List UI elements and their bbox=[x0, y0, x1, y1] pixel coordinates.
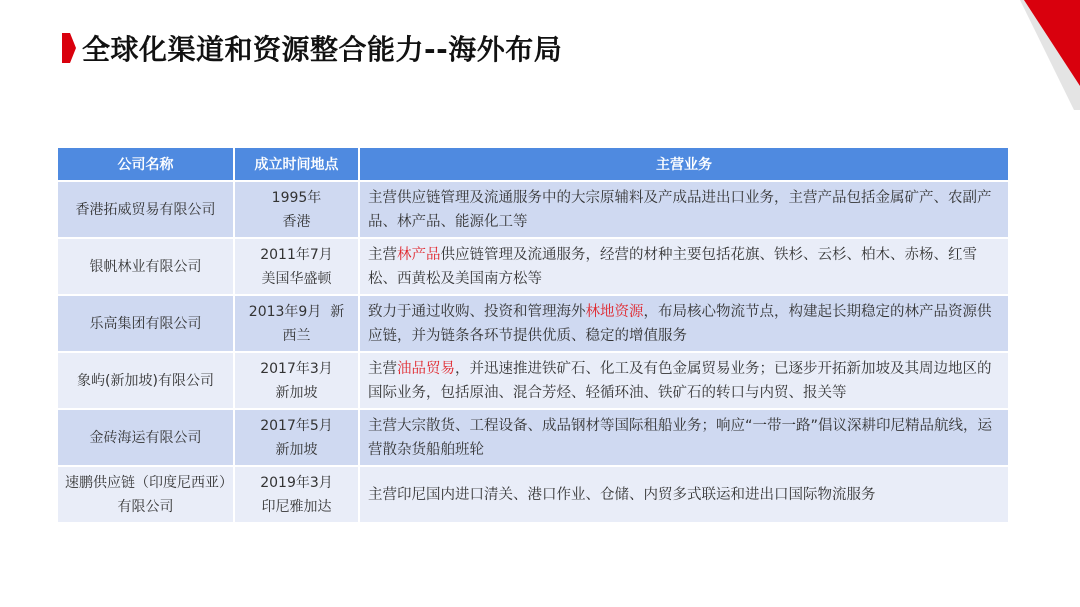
table-row: 金砖海运有限公司 2017年5月 新加坡 主营大宗散货、工程设备、成品钢材等国际… bbox=[58, 408, 1008, 465]
main-business: 主营大宗散货、工程设备、成品钢材等国际租船业务；响应“一带一路”倡议深耕印尼精品… bbox=[360, 408, 1008, 465]
business-highlight: 林产品 bbox=[397, 247, 441, 263]
company-name: 银帆林业有限公司 bbox=[58, 237, 235, 294]
founded-place: 新加坡 bbox=[241, 381, 352, 405]
overseas-companies-table: 公司名称 成立时间地点 主营业务 香港拓威贸易有限公司 1995年 香港 主营供… bbox=[58, 148, 1008, 522]
founded-place: 美国华盛顿 bbox=[241, 267, 352, 291]
business-highlight: 林地资源 bbox=[586, 304, 644, 320]
main-business: 主营印尼国内进口清关、港口作业、仓储、内贸多式联运和进出口国际物流服务 bbox=[360, 465, 1008, 522]
founded-time: 2017年5月 bbox=[241, 414, 352, 438]
founded-time-place: 2013年9月 新 西兰 bbox=[235, 294, 360, 351]
business-text: 主营 bbox=[368, 361, 397, 377]
header-company-name: 公司名称 bbox=[58, 148, 235, 180]
business-highlight: 油品贸易 bbox=[397, 361, 455, 377]
table-row: 香港拓威贸易有限公司 1995年 香港 主营供应链管理及流通服务中的大宗原辅料及… bbox=[58, 180, 1008, 237]
business-text: 主营印尼国内进口清关、港口作业、仓储、内贸多式联运和进出口国际物流服务 bbox=[368, 487, 876, 503]
founded-time-place: 2019年3月 印尼雅加达 bbox=[235, 465, 360, 522]
slide-title-bar: 全球化渠道和资源整合能力--海外布局 bbox=[62, 28, 562, 68]
header-main-business: 主营业务 bbox=[360, 148, 1008, 180]
business-text-rest: ，并迅速推进铁矿石、化工及有色金属贸易业务；已逐步开拓新加坡及其周边地区的国际业… bbox=[368, 361, 992, 401]
founded-time-place: 2017年3月 新加坡 bbox=[235, 351, 360, 408]
main-business: 主营供应链管理及流通服务中的大宗原辅料及产成品进出口业务，主营产品包括金属矿产、… bbox=[360, 180, 1008, 237]
header-founded-time-place: 成立时间地点 bbox=[235, 148, 360, 180]
founded-time: 2013年9月 新 bbox=[241, 300, 352, 324]
founded-place: 西兰 bbox=[241, 324, 352, 348]
founded-time-place: 2017年5月 新加坡 bbox=[235, 408, 360, 465]
table-row: 速鹏供应链（印度尼西亚）有限公司 2019年3月 印尼雅加达 主营印尼国内进口清… bbox=[58, 465, 1008, 522]
founded-time-place: 2011年7月 美国华盛顿 bbox=[235, 237, 360, 294]
business-text: 主营大宗散货、工程设备、成品钢材等国际租船业务；响应“一带一路”倡议深耕印尼精品… bbox=[368, 418, 992, 458]
main-business: 主营油品贸易，并迅速推进铁矿石、化工及有色金属贸易业务；已逐步开拓新加坡及其周边… bbox=[360, 351, 1008, 408]
corner-decoration bbox=[1000, 0, 1080, 110]
business-text: 致力于通过收购、投资和管理海外 bbox=[368, 304, 586, 320]
founded-time: 2019年3月 bbox=[241, 471, 352, 495]
main-business: 主营林产品供应链管理及流通服务，经营的材种主要包括花旗、铁杉、云杉、柏木、赤杨、… bbox=[360, 237, 1008, 294]
founded-time-place: 1995年 香港 bbox=[235, 180, 360, 237]
business-text-rest: 供应链管理及流通服务，经营的材种主要包括花旗、铁杉、云杉、柏木、赤杨、红雪松、西… bbox=[368, 247, 977, 287]
founded-time: 2017年3月 bbox=[241, 357, 352, 381]
founded-time: 2011年7月 bbox=[241, 243, 352, 267]
table-row: 银帆林业有限公司 2011年7月 美国华盛顿 主营林产品供应链管理及流通服务，经… bbox=[58, 237, 1008, 294]
company-name: 金砖海运有限公司 bbox=[58, 408, 235, 465]
business-text: 主营 bbox=[368, 247, 397, 263]
company-name: 速鹏供应链（印度尼西亚）有限公司 bbox=[58, 465, 235, 522]
founded-place: 印尼雅加达 bbox=[241, 495, 352, 519]
founded-place: 香港 bbox=[241, 210, 352, 234]
founded-place: 新加坡 bbox=[241, 438, 352, 462]
table-row: 乐高集团有限公司 2013年9月 新 西兰 致力于通过收购、投资和管理海外林地资… bbox=[58, 294, 1008, 351]
table-row: 象屿(新加坡)有限公司 2017年3月 新加坡 主营油品贸易，并迅速推进铁矿石、… bbox=[58, 351, 1008, 408]
company-name: 香港拓威贸易有限公司 bbox=[58, 180, 235, 237]
slide-title: 全球化渠道和资源整合能力--海外布局 bbox=[82, 28, 562, 68]
title-marker-icon bbox=[62, 33, 76, 63]
business-text: 主营供应链管理及流通服务中的大宗原辅料及产成品进出口业务，主营产品包括金属矿产、… bbox=[368, 190, 992, 230]
founded-time: 1995年 bbox=[241, 186, 352, 210]
company-name: 乐高集团有限公司 bbox=[58, 294, 235, 351]
table-header-row: 公司名称 成立时间地点 主营业务 bbox=[58, 148, 1008, 180]
company-name: 象屿(新加坡)有限公司 bbox=[58, 351, 235, 408]
main-business: 致力于通过收购、投资和管理海外林地资源，布局核心物流节点，构建起长期稳定的林产品… bbox=[360, 294, 1008, 351]
